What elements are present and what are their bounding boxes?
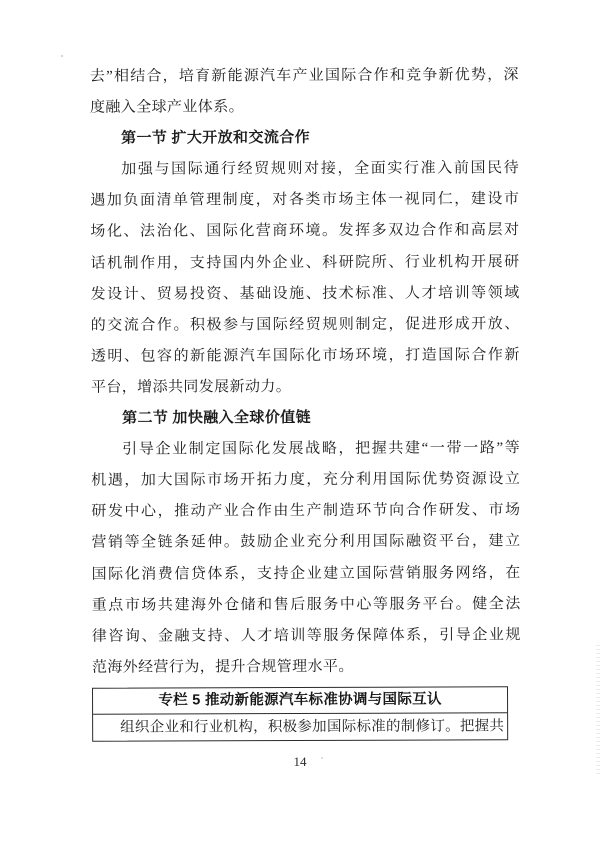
callout-box-title: 专栏 5 推动新能源汽车标准协调与国际互认 [93,687,507,714]
callout-box-body: 组织企业和行业机构，积极参加国际标准的制修订。把握共建“一带一路” [93,713,507,740]
text-line: 场化、法治化、国际化营商环境。发挥多双边合作和高层对 [90,216,519,249]
text-line: 度融入全球产业体系。 [90,91,519,124]
text-line: 营销等全链条延伸。鼓励企业充分利用国际融资平台，建立 [91,527,520,560]
text-line: 重点市场共建海外仓储和售后服务中心等服务平台。健全法 [92,589,521,622]
text-line: 发设计、贸易投资、基础设施、技术标准、人才培训等领域 [91,278,520,311]
text-line: 律咨询、金融支持、人才培训等服务保障体系，引导企业规 [92,620,521,653]
scan-edge-noise [596,645,600,775]
text-line: 去”相结合，培育新能源汽车产业国际合作和竞争新优势，深 [90,60,519,93]
text-line: 加强与国际通行经贸规则对接，全面实行准入前国民待 [90,154,519,187]
page-number: 14 [0,754,600,770]
paragraph-continuation: 去”相结合，培育新能源汽车产业国际合作和竞争新优势，深度融入全球产业体系。 [90,60,519,124]
text-line: 话机制作用，支持国内外企业、科研院所、行业机构开展研 [90,247,519,280]
document-page: 去”相结合，培育新能源汽车产业国际合作和竞争新优势，深度融入全球产业体系。 第一… [0,0,600,849]
text-line: 研发中心，推动产业合作由生产制造环节向合作研发、市场 [91,496,520,529]
text-line: 机遇，加大国际市场开拓力度，充分利用国际优势资源设立 [91,464,520,497]
page-content: 去”相结合，培育新能源汽车产业国际合作和竞争新优势，深度融入全球产业体系。 第一… [90,60,521,741]
text-line: 的交流合作。积极参与国际经贸规则制定，促进形成开放、 [91,309,520,342]
section-heading-2: 第二节 加快融入全球价值链 [91,402,520,435]
text-line: 国际化消费信贷体系，支持企业建立国际营销服务网络，在 [92,558,521,591]
text-line: 遇加负面清单管理制度，对各类市场主体一视同仁，建设市 [90,185,519,218]
scan-speckle [321,757,323,759]
paragraph-open-cooperation: 加强与国际通行经贸规则对接，全面实行准入前国民待遇加负面清单管理制度，对各类市场… [90,154,520,404]
scan-speckle [61,55,63,57]
text-line: 平台，增添共同发展新动力。 [91,371,520,404]
text-line: 引导企业制定国际化发展战略，把握共建“一带一路”等 [91,433,520,466]
callout-box: 专栏 5 推动新能源汽车标准协调与国际互认 组织企业和行业机构，积极参加国际标准… [92,686,508,741]
text-line: 透明、包容的新能源汽车国际化市场环境，打造国际合作新 [91,340,520,373]
section-heading-1: 第一节 扩大开放和交流合作 [90,122,519,155]
text-line: 范海外经营行为，提升合规管理水平。 [92,651,521,684]
paragraph-global-value-chain: 引导企业制定国际化发展战略，把握共建“一带一路”等机遇，加大国际市场开拓力度，充… [91,433,521,683]
